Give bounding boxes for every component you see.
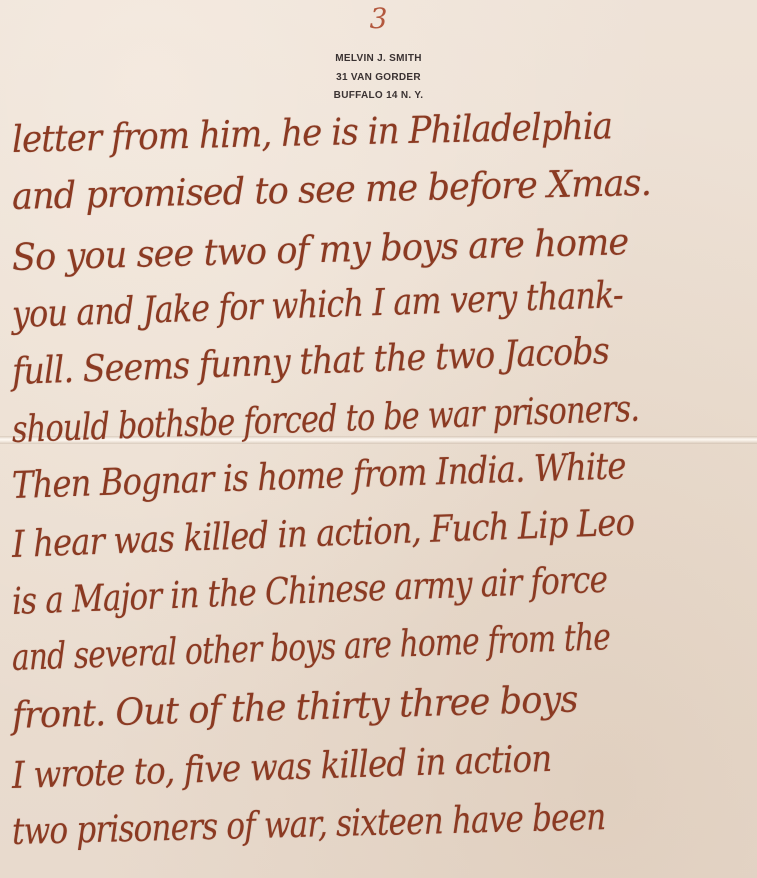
page-number: 3 — [0, 2, 757, 35]
letterhead-street: 31 VAN GORDER — [0, 69, 757, 88]
letterhead-name: MELVIN J. SMITH — [0, 50, 757, 69]
letterhead-city: BUFFALO 14 N. Y. — [0, 87, 757, 106]
letterhead: MELVIN J. SMITH 31 VAN GORDER BUFFALO 14… — [0, 50, 757, 106]
